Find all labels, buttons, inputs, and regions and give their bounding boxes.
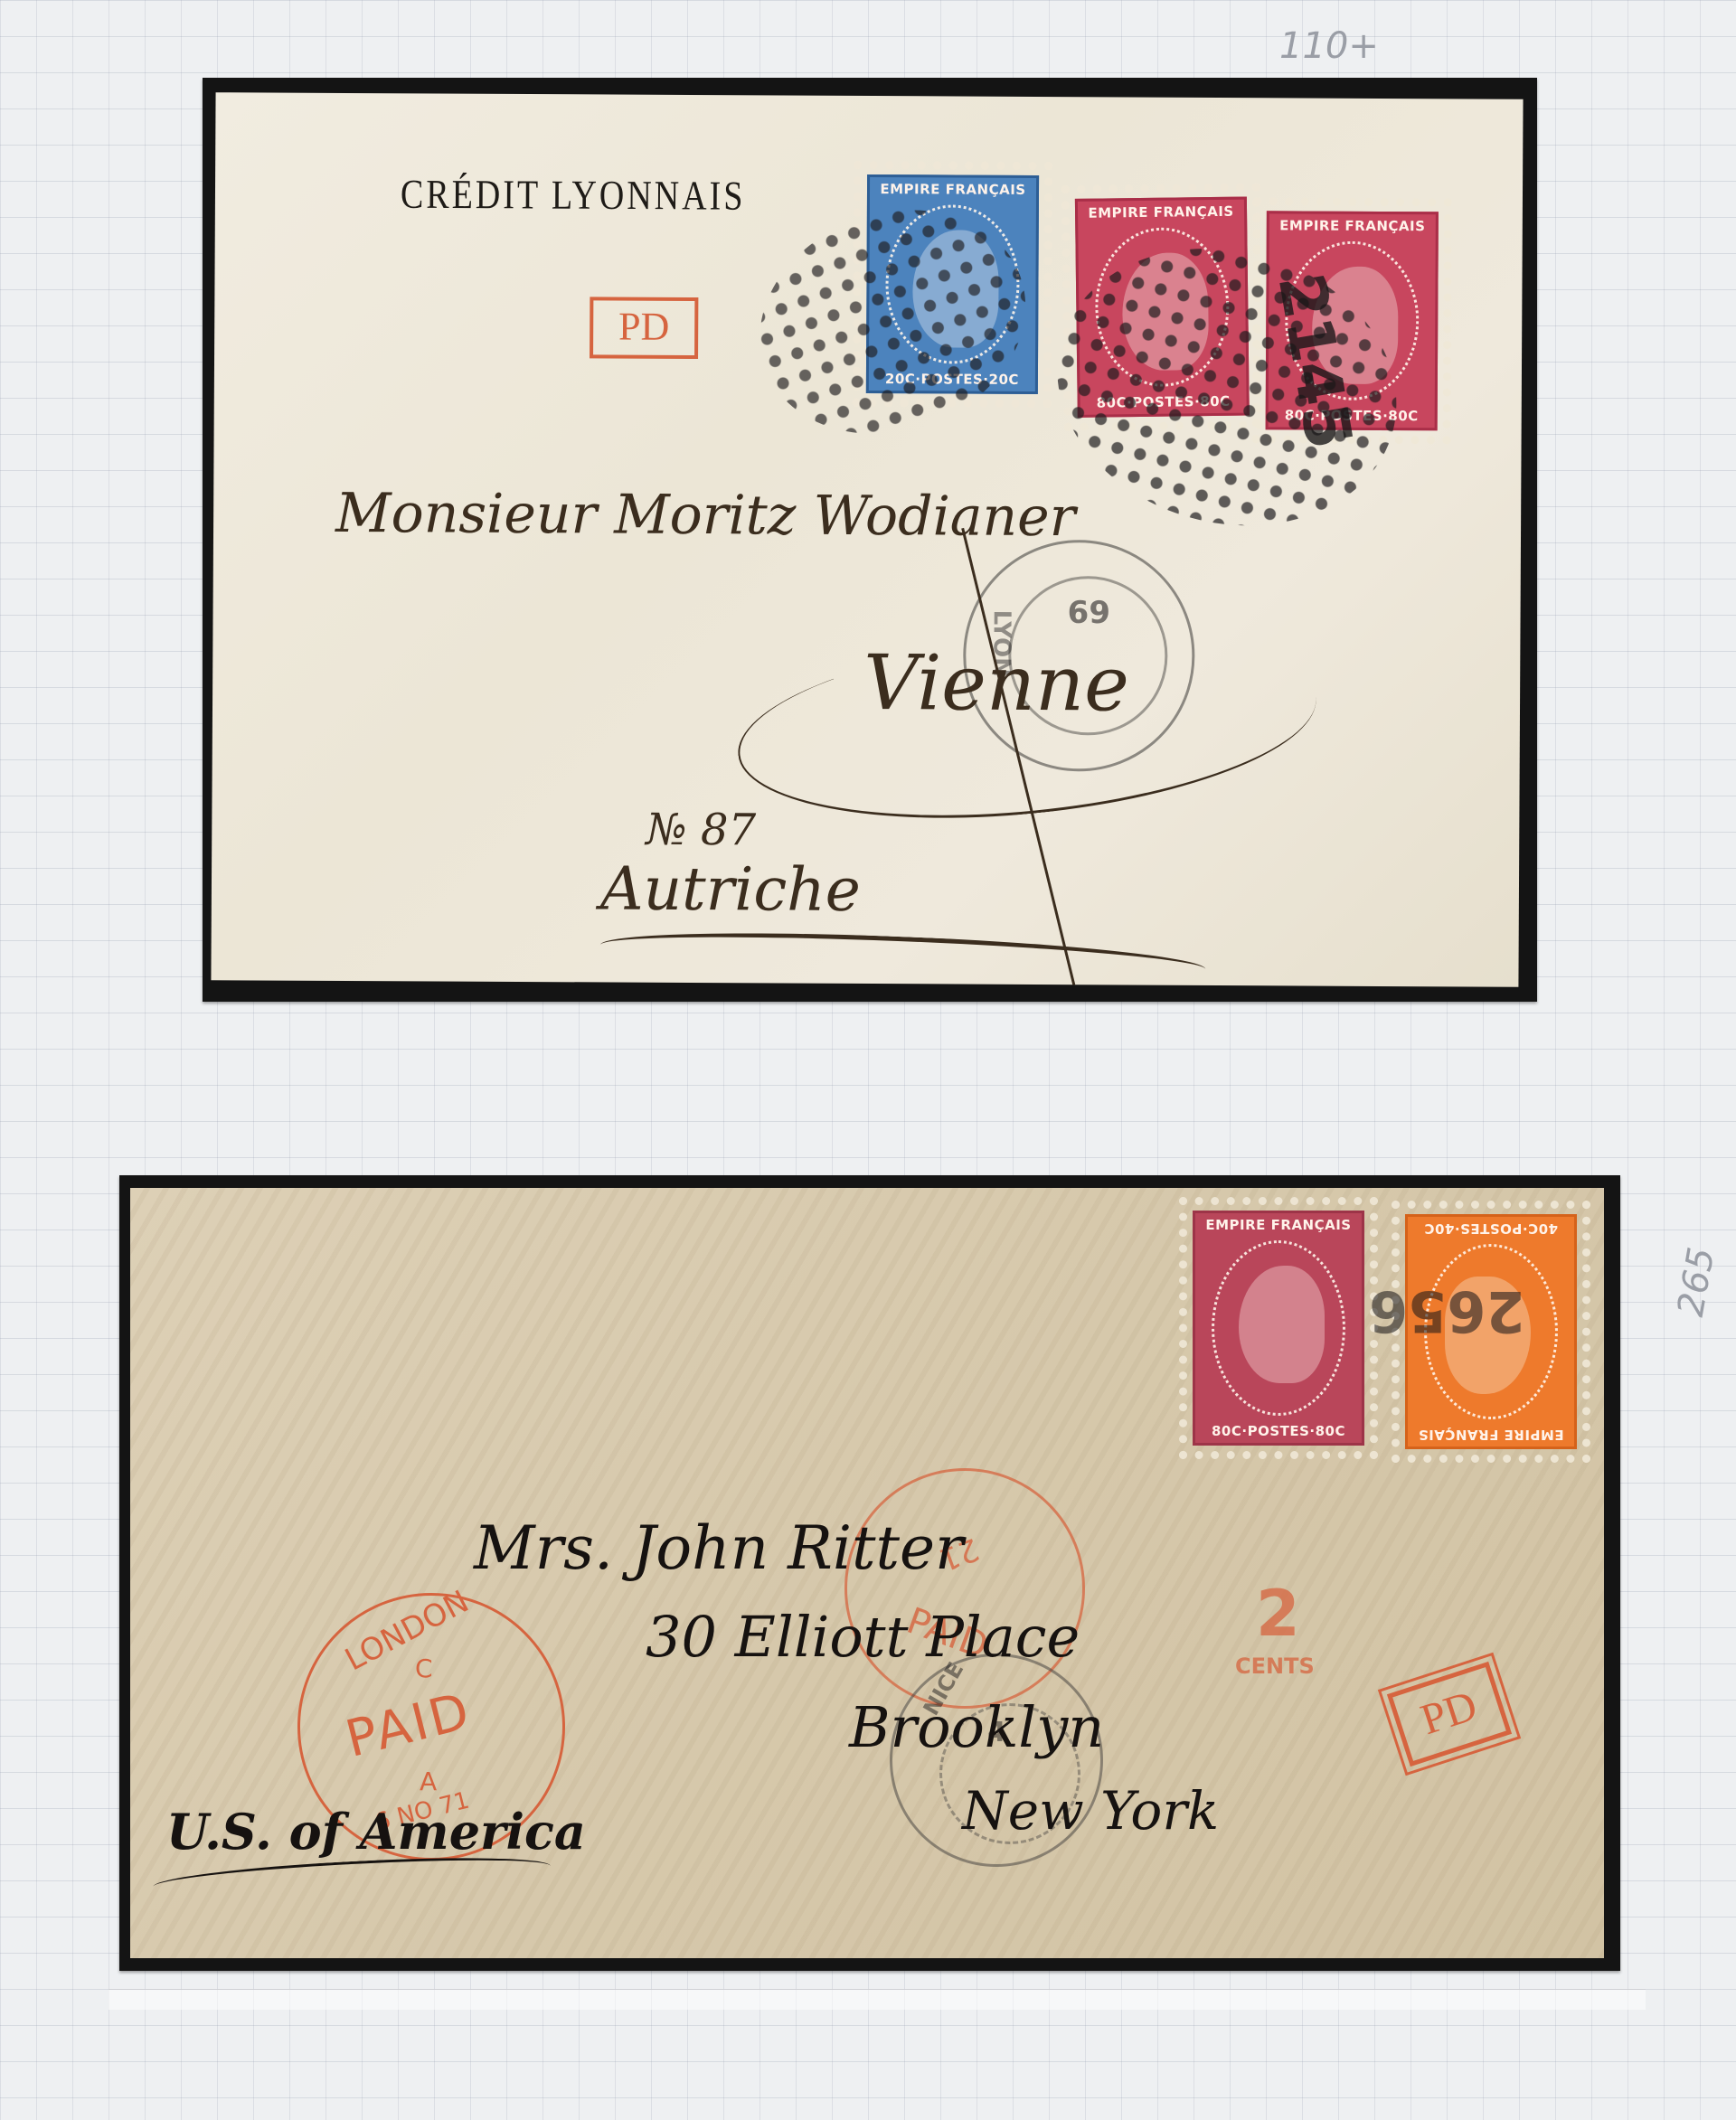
cover-1: CRÉDIT LYONNAIS EMPIRE FRANÇAIS20C·POSTE…: [200, 78, 1533, 998]
address-line-4: New York: [962, 1780, 1219, 1842]
cover-2-paper: EMPIRE FRANÇAIS80C·POSTES·80C EMPIRE FRA…: [130, 1188, 1604, 1958]
cover-1-paper: CRÉDIT LYONNAIS EMPIRE FRANÇAIS20C·POSTE…: [211, 92, 1523, 987]
pencil-note-right: 265: [1670, 1244, 1723, 1319]
flourish-oval: [730, 611, 1325, 843]
address-line-3: Brooklyn: [849, 1694, 1104, 1760]
address-line-3: Autriche: [600, 853, 861, 925]
cover-2: EMPIRE FRANÇAIS80C·POSTES·80C EMPIRE FRA…: [119, 1175, 1620, 1971]
cents-label: CENTS: [1235, 1654, 1315, 1679]
mount-strip: [108, 1989, 1646, 2010]
stamp-80c-rose: EMPIRE FRANÇAIS80C·POSTES·80C: [1179, 1197, 1378, 1459]
docket-note: № 87: [646, 805, 756, 856]
cancel-numeral: 2656: [1369, 1278, 1525, 1344]
underline-stroke: [599, 925, 1206, 990]
london-sub: A: [420, 1767, 437, 1796]
pd-mark: PD: [1387, 1662, 1512, 1767]
address-line-1: Mrs. John Ritter: [474, 1513, 964, 1583]
routing-note: U.S. of America: [166, 1803, 586, 1861]
pd-mark: PD: [590, 297, 698, 359]
datestamp-year: 69: [1067, 592, 1110, 628]
cents-value: 2: [1256, 1577, 1300, 1651]
address-line-2: 30 Elliott Place: [646, 1604, 1080, 1670]
letterhead: CRÉDIT LYONNAIS: [401, 171, 746, 221]
pencil-note-top: 110+: [1279, 25, 1379, 67]
london-letter: C: [415, 1654, 433, 1683]
